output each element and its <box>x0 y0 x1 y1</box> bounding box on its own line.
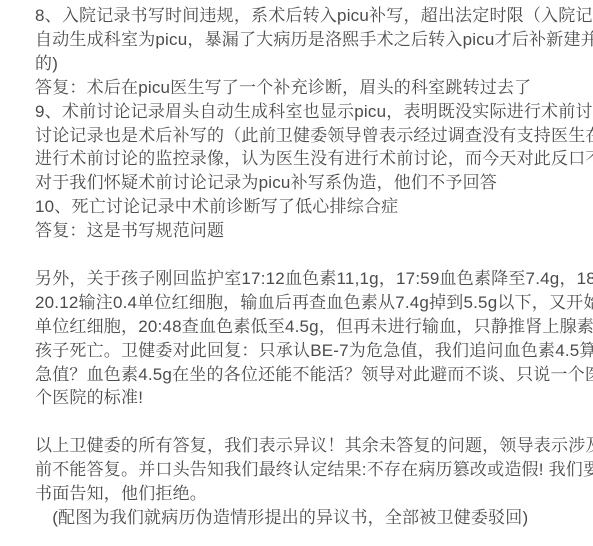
text-line: 急值？血色素4.5g在坐的各位还能不能活？领导对此避而不谈、只说一个医院有一 <box>35 363 563 387</box>
text-line: 对于我们怀疑术前讨论记录为picu补写系伪造，他们不予回答 <box>35 171 563 195</box>
article-text: 8、入院记录书写时间违规，系术后转入picu补写，超出法定时限（入院记录眉头 自… <box>35 4 563 530</box>
text-line: 进行术前讨论的监控录像，认为医生没有进行术前讨论，而今天对此反口不承认) <box>35 147 563 171</box>
text-line: 10、死亡讨论记录中术前诊断写了低心排综合症 <box>35 195 563 219</box>
text-line: 个医院的标准! <box>35 386 563 410</box>
text-line: 单位红细胞，20:48查血色素低至4.5g，但再未进行输血，只静推肾上腺素、直至 <box>35 315 563 339</box>
text-line: 答复：这是书写规范问题 <box>35 219 563 243</box>
page: 8、入院记录书写时间违规，系术后转入picu补写，超出法定时限（入院记录眉头 自… <box>0 0 593 546</box>
text-line: (配图为我们就病历伪造情形提出的异议书，全部被卫健委驳回) <box>35 506 563 530</box>
text-line: 孩子死亡。卫健委对此回复：只承认BE-7为危急值，我们追问血色素4.5算不算危 <box>35 339 563 363</box>
text-line-blank <box>35 410 563 434</box>
text-line: 书面告知，他们拒绝。 <box>35 482 563 506</box>
text-line: 讨论记录也是术后补写的（此前卫健委领导曾表示经过调查没有支持医生在办公室 <box>35 124 563 148</box>
text-line: 自动生成科室为picu，暴漏了大病历是洛熙手术之后转入picu才后补新建并完成 <box>35 28 563 52</box>
text-line: 以上卫健委的所有答复，我们表示异议！其余未答复的问题，领导表示涉及专业当 <box>35 434 563 458</box>
text-line-blank <box>35 243 563 267</box>
text-line: 8、入院记录书写时间违规，系术后转入picu补写，超出法定时限（入院记录眉头 <box>35 4 563 28</box>
text-line: 的) <box>35 52 563 76</box>
text-line: 20.12输注0.4单位红细胞，输血后再查血色素从7.4g掉到5.5g以下，又开… <box>35 291 563 315</box>
text-line: 另外，关于孩子刚回监护室17:12血色素11,1g，17:59血色素降至7.4g… <box>35 267 563 291</box>
text-line: 前不能答复。并口头告知我们最终认定结果:不存在病历篡改或造假! 我们要求出具 <box>35 458 563 482</box>
text-line: 9、术前讨论记录眉头自动生成科室也显示picu，表明既没实际进行术前讨论，连 <box>35 100 563 124</box>
text-line: 答复：术后在picu医生写了一个补充诊断，眉头的科室跳转过去了 <box>35 76 563 100</box>
